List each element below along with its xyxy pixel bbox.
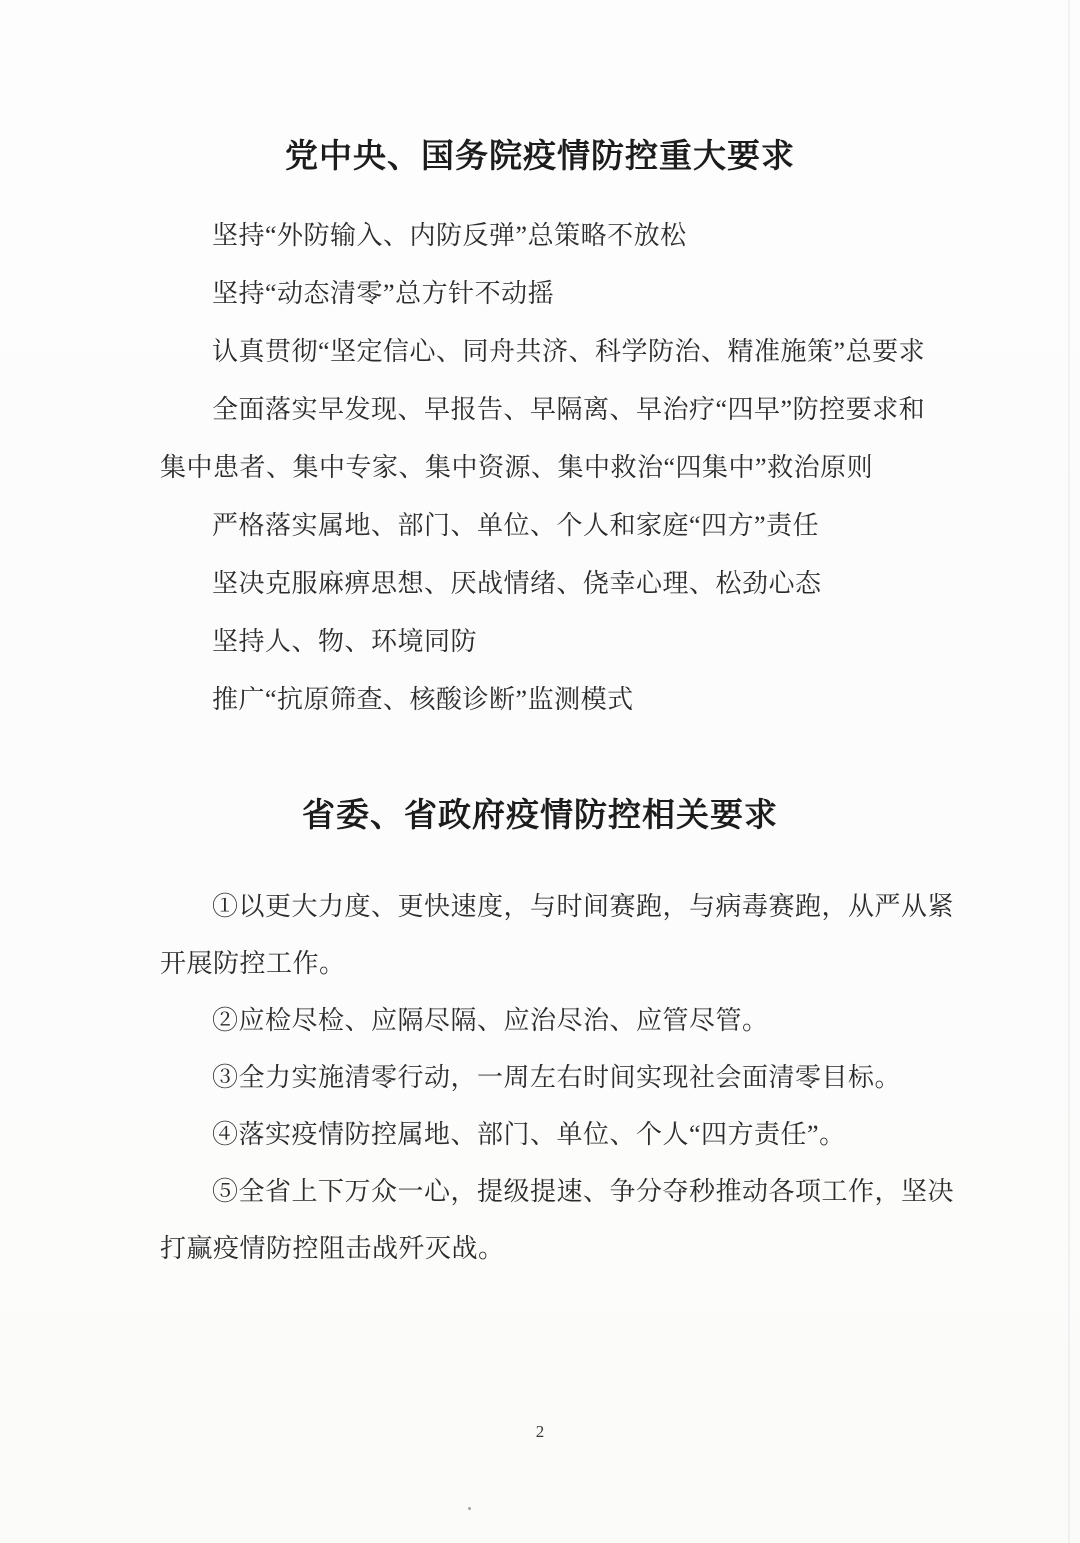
text-line: 坚决克服麻痹思想、厌战情绪、侥幸心理、松劲心态	[160, 555, 940, 613]
text-line: 全面落实早发现、早报告、早隔离、早治疗“四早”防控要求和	[160, 381, 940, 439]
section-body-provincial: ①以更大力度、更快速度，与时间赛跑，与病毒赛跑，从严从紧开展防控工作。②应检尽检…	[160, 878, 940, 1277]
page-number: 2	[0, 1422, 1080, 1442]
scan-speck-artifact	[468, 1507, 471, 1510]
text-line: 开展防控工作。	[160, 935, 940, 992]
text-line: 认真贯彻“坚定信心、同舟共济、科学防治、精准施策”总要求	[160, 323, 940, 381]
text-line: 推广“抗原筛查、核酸诊断”监测模式	[160, 671, 940, 729]
text-line: 集中患者、集中专家、集中资源、集中救治“四集中”救治原则	[160, 439, 940, 497]
text-line: ④落实疫情防控属地、部门、单位、个人“四方责任”。	[160, 1106, 940, 1163]
text-line: 打赢疫情防控阻击战歼灭战。	[160, 1220, 940, 1277]
text-line: ③全力实施清零行动，一周左右时间实现社会面清零目标。	[160, 1049, 940, 1106]
text-line: 坚持“动态清零”总方针不动摇	[160, 265, 940, 323]
text-line: 坚持人、物、环境同防	[160, 613, 940, 671]
text-line: ②应检尽检、应隔尽隔、应治尽治、应管尽管。	[160, 992, 940, 1049]
section-body-central: 坚持“外防输入、内防反弹”总策略不放松坚持“动态清零”总方针不动摇认真贯彻“坚定…	[160, 207, 940, 729]
document-page: 党中央、国务院疫情防控重大要求 坚持“外防输入、内防反弹”总策略不放松坚持“动态…	[0, 0, 1080, 1543]
section-title-provincial: 省委、省政府疫情防控相关要求	[0, 796, 1080, 836]
text-line: 严格落实属地、部门、单位、个人和家庭“四方”责任	[160, 497, 940, 555]
text-line: ①以更大力度、更快速度，与时间赛跑，与病毒赛跑，从严从紧	[160, 878, 940, 935]
text-line: ⑤全省上下万众一心，提级提速、争分夺秒推动各项工作，坚决	[160, 1163, 940, 1220]
section-title-central: 党中央、国务院疫情防控重大要求	[0, 0, 1080, 177]
text-line: 坚持“外防输入、内防反弹”总策略不放松	[160, 207, 940, 265]
